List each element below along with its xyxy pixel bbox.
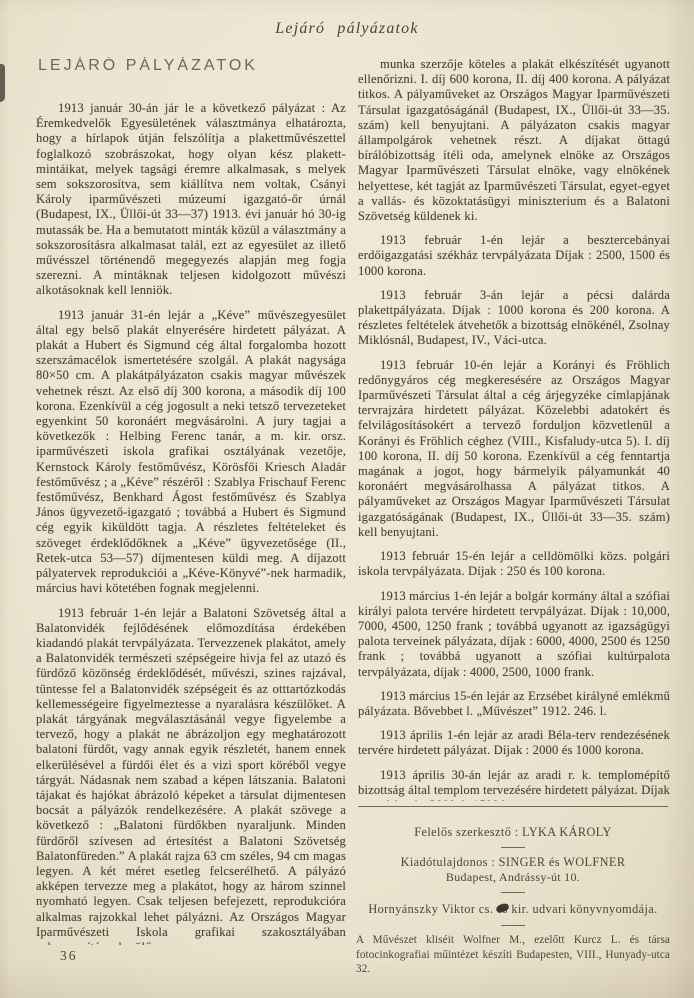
article-paragraph: 1913 február 15-én lejár a celldömölki k… — [358, 549, 670, 579]
publisher-credit: Kiadótulajdonos : SINGER és WOLFNER — [356, 855, 670, 870]
page-number: 36 — [60, 948, 78, 964]
article-paragraph: 1913 január 30-án jár le a következő pál… — [36, 101, 346, 299]
article-paragraph: 1913 február 1-én lejár a Balatoni Szöve… — [36, 606, 346, 946]
printer-credit: Hornyánszky Viktor cs. és kir. udvari kö… — [368, 902, 657, 917]
left-column: LEJÁRÓ PÁLYÁZATOK 1913 január 30-án jár … — [36, 57, 346, 945]
running-head: Lejáró pályázatok — [0, 20, 694, 38]
article-paragraph: 1913 április 30-án lejár az aradi r. k. … — [358, 768, 670, 801]
scanned-journal-page: Lejáró pályázatok LEJÁRÓ PÁLYÁZATOK 1913… — [0, 0, 694, 998]
article-paragraph: munka szerzője köteles a plakát elkészít… — [358, 57, 670, 224]
divider-dash — [501, 925, 525, 926]
imprint-footer: Felelős szerkesztő : LYKA KÁROLY Kiadótu… — [356, 806, 670, 977]
scan-edge-smudge — [0, 64, 5, 102]
divider-dash — [501, 892, 525, 893]
article-paragraph: 1913 február 1-én lejár a besztercebánya… — [358, 233, 670, 279]
article-paragraph: 1913 március 1-én lejár a bolgár kormány… — [358, 589, 670, 680]
section-heading: LEJÁRÓ PÁLYÁZATOK — [38, 57, 346, 75]
footer-rule-divider — [358, 806, 668, 807]
right-column: munka szerzője köteles a plakát elkészít… — [358, 57, 670, 801]
divider-dash — [501, 847, 525, 848]
article-paragraph: 1913 február 10-én lejár a Korányi és Fr… — [358, 358, 670, 540]
article-paragraph: 1913 február 3-án lejár a pécsi dalárda … — [358, 288, 670, 349]
printer-credit-wrap: Hornyánszky Viktor cs. és kir. udvari kö… — [368, 902, 657, 917]
cliche-credit: A Művészet kliséit Wolfner M., ezelőtt K… — [356, 933, 670, 977]
article-paragraph: 1913 január 31-én lejár a „Kéve” művésze… — [36, 308, 346, 597]
article-paragraph: 1913 április 1-én lejár az aradi Béla-te… — [358, 728, 670, 758]
editor-credit: Felelős szerkesztő : LYKA KÁROLY — [356, 825, 670, 840]
publisher-address: Budapest, Andrássy-út 10. — [356, 870, 670, 885]
article-paragraph: 1913 március 15-én lejár az Erzsébet kir… — [358, 689, 670, 719]
